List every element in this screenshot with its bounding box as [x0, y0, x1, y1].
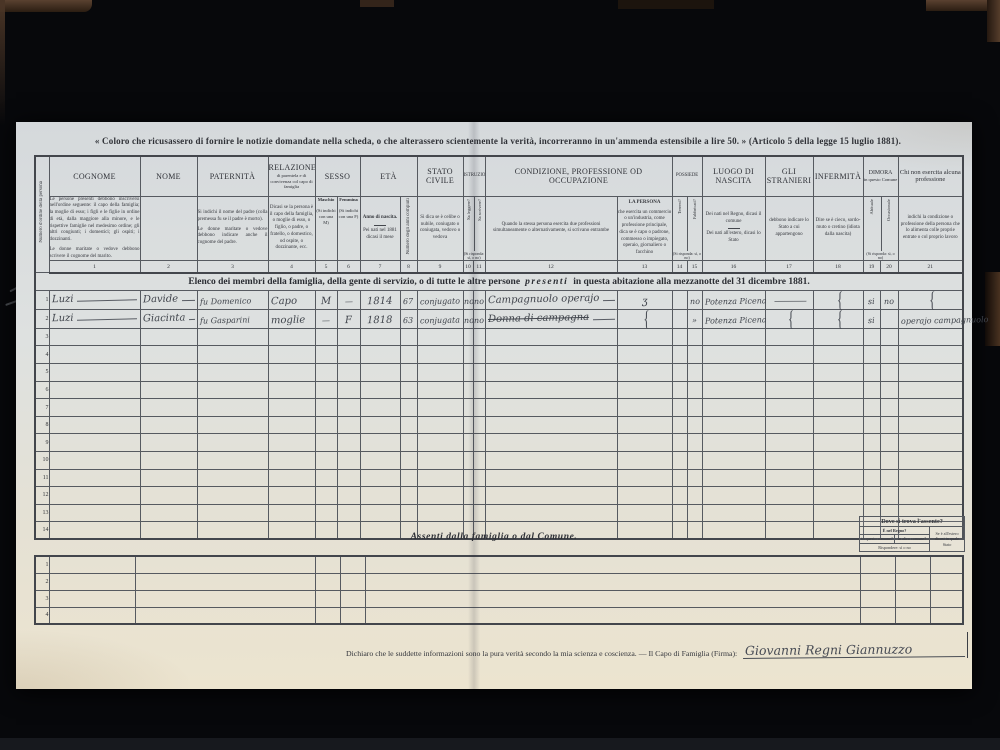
- empty-cell: [197, 328, 268, 346]
- col-header-possiede: POSSIEDE: [672, 156, 702, 196]
- maschio-note: (Si indichi con una M): [316, 208, 335, 224]
- empty-cell: [898, 346, 963, 364]
- col-num-5: 5: [315, 261, 337, 273]
- empty-cell: [813, 381, 863, 399]
- signature-end-stroke: [967, 632, 968, 658]
- handwritten-value: conjugata: [417, 315, 459, 325]
- table-row: 7: [35, 399, 963, 417]
- flourish-line: [593, 319, 615, 321]
- handwritten-value: —: [344, 297, 352, 306]
- cell-paternita: fu Domenico: [197, 290, 268, 309]
- empty-cell: [197, 504, 268, 522]
- empty-cell: [702, 434, 765, 452]
- empty-cell: [315, 364, 337, 382]
- empty-cell: [400, 381, 417, 399]
- empty-cell: [315, 607, 340, 624]
- empty-cell: [898, 416, 963, 434]
- empty-cell: [473, 452, 485, 470]
- empty-cell: [898, 487, 963, 505]
- empty-cell: [49, 573, 135, 590]
- wood-table-corner: [0, 0, 92, 12]
- flourish-line: [182, 300, 195, 301]
- empty-cell: [672, 487, 687, 505]
- empty-cell: [702, 346, 765, 364]
- handwritten-value: 63: [403, 316, 413, 325]
- empty-cell: [672, 328, 687, 346]
- col-note-dimora: Abituale Occasionale (Si risponda: sì, o…: [863, 196, 898, 261]
- col-header-numero-ordine: Numero d'ordine della persona: [35, 156, 49, 273]
- empty-cell: [268, 434, 315, 452]
- col-num-13: 13: [617, 261, 672, 273]
- empty-cell: [617, 487, 672, 505]
- empty-cell: [340, 607, 365, 624]
- wood-table-sliver: [360, 0, 394, 7]
- empty-cell: [860, 607, 895, 624]
- empty-cell: [813, 346, 863, 364]
- handwritten-value: moglie: [268, 314, 304, 326]
- empty-cell: [463, 416, 473, 434]
- table-row: 13: [35, 504, 963, 522]
- empty-cell: [417, 416, 463, 434]
- cell-stranieri: {: [765, 309, 813, 328]
- where-regno: È nel Regno?: [860, 527, 930, 535]
- empty-cell: [400, 434, 417, 452]
- handwritten-value: si: [868, 316, 875, 325]
- empty-cell: [473, 364, 485, 382]
- col-num-19: 19: [863, 261, 880, 273]
- empty-cell: [315, 573, 340, 590]
- cell-dimora-abituale: si: [863, 309, 880, 328]
- empty-cell: [930, 573, 963, 590]
- empty-cell: [485, 364, 617, 382]
- empty-cell: [687, 346, 702, 364]
- handwritten-value: Potenza Picena: [702, 296, 766, 306]
- empty-cell: [863, 381, 880, 399]
- row-number: 4: [35, 346, 49, 364]
- col-num-2: 2: [140, 261, 197, 273]
- col-num-12: 12: [485, 261, 617, 273]
- empty-cell: [49, 381, 140, 399]
- empty-cell: [702, 381, 765, 399]
- col-header-istruzione: ISTRUZIONE: [463, 156, 485, 196]
- col-num-4: 4: [268, 261, 315, 273]
- empty-cell: [400, 346, 417, 364]
- section-title-emph: presenti: [525, 277, 568, 287]
- empty-cell: [672, 452, 687, 470]
- empty-cell: [485, 469, 617, 487]
- row-number: 3: [35, 590, 49, 607]
- col-num-6: 6: [337, 261, 360, 273]
- empty-cell: [337, 328, 360, 346]
- empty-cell: [813, 504, 863, 522]
- empty-cell: [197, 434, 268, 452]
- empty-cell: [360, 399, 400, 417]
- empty-cell: [135, 573, 315, 590]
- empty-cell: [863, 452, 880, 470]
- empty-cell: [417, 346, 463, 364]
- handwritten-value: Campagnuolo operajo: [485, 293, 599, 306]
- empty-cell: [140, 399, 197, 417]
- empty-cell: [463, 504, 473, 522]
- fabbricati-label: Fabbricati?: [692, 199, 697, 219]
- empty-cell: [930, 590, 963, 607]
- empty-cell: [863, 416, 880, 434]
- empty-cell: [880, 381, 898, 399]
- empty-cell: [880, 399, 898, 417]
- cell-relazione: Capo: [268, 290, 315, 309]
- empty-cell: [672, 504, 687, 522]
- empty-cell: [197, 399, 268, 417]
- la-persona-title: LA PERSONA: [618, 200, 672, 207]
- cell-anno-nascita: 1818: [360, 309, 400, 328]
- sa-scrivere-label: Sa scrivere?: [477, 199, 482, 221]
- empty-cell: [135, 590, 315, 607]
- empty-cell: [880, 434, 898, 452]
- empty-cell: [860, 573, 895, 590]
- cell-sesso-m: M: [315, 290, 337, 309]
- empty-cell: [880, 364, 898, 382]
- section-title-post: in questa abitazione alla mezzanotte del…: [573, 277, 810, 287]
- empty-cell: [485, 399, 617, 417]
- empty-cell: [687, 364, 702, 382]
- empty-cell: [895, 590, 930, 607]
- empty-cell: [315, 434, 337, 452]
- cell-fabbricati: no: [687, 290, 702, 309]
- col-num-16: 16: [702, 261, 765, 273]
- divider: [728, 228, 740, 229]
- table-row: 12: [35, 487, 963, 505]
- col-header-stranieri: GLI STRANIERI: [765, 156, 813, 196]
- cell-terreni: [672, 309, 687, 328]
- penalty-notice: « Coloro che ricusassero di fornire le n…: [50, 136, 946, 146]
- col-note-anno-nascita: Anno di nascita.Pei nati nel 1881 dicasi…: [360, 196, 400, 261]
- empty-cell: [268, 416, 315, 434]
- handwritten-value: si: [868, 297, 875, 306]
- empty-cell: [485, 487, 617, 505]
- empty-cell: [49, 399, 140, 417]
- empty-cell: [880, 469, 898, 487]
- empty-cell: [135, 607, 315, 624]
- empty-cell: [140, 469, 197, 487]
- col-header-numero-ordine-label: Numero d'ordine della persona: [39, 181, 45, 243]
- col-note-paternita: Si indichi il nome del padre (colla prem…: [197, 196, 268, 261]
- handwritten-value: F: [345, 315, 352, 326]
- empty-cell: [702, 416, 765, 434]
- empty-cell: [315, 487, 337, 505]
- empty-cell: [365, 590, 860, 607]
- row-number: 10: [35, 452, 49, 470]
- handwritten-value: Davide: [140, 294, 177, 306]
- col-header-chi-non-esercita: Chi non esercita alcuna professione: [898, 156, 963, 196]
- empty-cell: [463, 452, 473, 470]
- empty-cell: [315, 399, 337, 417]
- empty-cell: [417, 434, 463, 452]
- empty-cell: [400, 399, 417, 417]
- empty-cell: [485, 452, 617, 470]
- empty-cell: [49, 328, 140, 346]
- table-row: 8: [35, 416, 963, 434]
- cell-sa-leggere: no: [463, 290, 473, 309]
- table-row: 5: [35, 364, 963, 382]
- empty-cell: [898, 469, 963, 487]
- empty-cell: [49, 556, 135, 573]
- cell-relazione: moglie: [268, 309, 315, 328]
- handwritten-value: 1818: [367, 315, 393, 327]
- empty-cell: [140, 504, 197, 522]
- col-num-21: 21: [898, 261, 963, 273]
- section-title: Elenco dei membri della famiglia, della …: [35, 273, 963, 291]
- empty-cell: [360, 469, 400, 487]
- empty-cell: [473, 469, 485, 487]
- empty-cell: [400, 328, 417, 346]
- anno-note-2: Pei nati nel 1881 dicasi il mese: [361, 228, 400, 242]
- empty-cell: [49, 590, 135, 607]
- empty-cell: [340, 590, 365, 607]
- wood-table-edge: [0, 0, 5, 126]
- empty-cell: [860, 556, 895, 573]
- col-num-3: 3: [197, 261, 268, 273]
- empty-cell: [49, 346, 140, 364]
- empty-cell: [49, 487, 140, 505]
- table-row: 4: [35, 346, 963, 364]
- cell-cognome: Luzi: [49, 290, 140, 309]
- empty-cell: [337, 364, 360, 382]
- empty-cell: [197, 381, 268, 399]
- empty-cell: [463, 487, 473, 505]
- empty-cell: [268, 487, 315, 505]
- empty-cell: [880, 346, 898, 364]
- empty-cell: [687, 452, 702, 470]
- empty-cell: [463, 381, 473, 399]
- col-header-eta: ETÀ: [360, 156, 417, 196]
- handwritten-value: 1814: [367, 296, 393, 308]
- empty-cell: [337, 399, 360, 417]
- handwritten-value: Giacinta: [140, 313, 185, 325]
- cell-terreni: [672, 290, 687, 309]
- empty-cell: [360, 381, 400, 399]
- cell-sesso-m: —: [315, 309, 337, 328]
- empty-cell: [197, 487, 268, 505]
- handwritten-value: Luzi: [49, 313, 73, 324]
- cell-anni-compiuti: 63: [400, 309, 417, 328]
- empty-cell: [268, 399, 315, 417]
- cell-nome: Davide: [140, 290, 197, 309]
- where-questo-comune: in questo comune?: [860, 535, 895, 543]
- table-bottom-edge: [0, 738, 1000, 750]
- empty-cell: [140, 328, 197, 346]
- sa-leggere-label: Sa leggere?: [466, 199, 471, 220]
- empty-cell: [898, 364, 963, 382]
- cell-nome: Giacinta: [140, 309, 197, 328]
- row-number: 8: [35, 416, 49, 434]
- paternita-note-1: Si indichi il nome del padre (colla prem…: [198, 210, 268, 224]
- handwritten-value: operajo campagnuolo: [898, 315, 988, 326]
- flourish-line: [77, 318, 137, 321]
- empty-cell: [702, 364, 765, 382]
- empty-cell: [337, 487, 360, 505]
- cell-sa-leggere: no: [463, 309, 473, 328]
- col-header-infermita: INFERMITÀ: [813, 156, 863, 196]
- col-note-luogo-nascita: Dei nati nel Regno, dicasi il comuneDei …: [702, 196, 765, 261]
- row-number: 4: [35, 607, 49, 624]
- col-note-maschio: Maschio(Si indichi con una M): [315, 196, 337, 261]
- census-table: Numero d'ordine della persona COGNOME NO…: [34, 155, 964, 540]
- dimora-subtitle: in questo Comune: [864, 177, 898, 183]
- handwritten-value: no: [474, 297, 484, 306]
- empty-cell: [485, 434, 617, 452]
- empty-cell: [880, 416, 898, 434]
- empty-cell: [463, 328, 473, 346]
- empty-cell: [315, 556, 340, 573]
- empty-cell: [863, 434, 880, 452]
- cell-dimora-abituale: si: [863, 290, 880, 309]
- cell-la-persona: {: [617, 309, 672, 328]
- empty-cell: [687, 381, 702, 399]
- empty-cell: [140, 452, 197, 470]
- cell-infermita: {: [813, 309, 863, 328]
- empty-cell: [863, 364, 880, 382]
- col-num-7: 7: [360, 261, 400, 273]
- empty-cell: [898, 434, 963, 452]
- col-num-10: 10: [463, 261, 473, 273]
- empty-cell: [765, 399, 813, 417]
- empty-cell: [315, 452, 337, 470]
- empty-cell: [473, 399, 485, 417]
- empty-cell: [140, 364, 197, 382]
- handwritten-brace: {: [639, 305, 649, 332]
- empty-cell: [898, 452, 963, 470]
- cell-anno-nascita: 1814: [360, 290, 400, 309]
- table-row: 9: [35, 434, 963, 452]
- maschio-label: Maschio: [316, 197, 337, 203]
- cell-dimora-occasionale: no: [880, 290, 898, 309]
- empty-cell: [417, 399, 463, 417]
- handwritten-value: conjugato: [417, 296, 459, 306]
- empty-cell: [340, 573, 365, 590]
- table-row: 2 Luzi Giacinta fu Gasparini moglie — F …: [35, 309, 963, 328]
- empty-cell: [268, 452, 315, 470]
- cell-stato-civile: conjugato: [417, 290, 463, 309]
- col-num-9: 9: [417, 261, 463, 273]
- abituale-label: Abituale: [869, 199, 874, 215]
- empty-cell: [485, 416, 617, 434]
- empty-cell: [49, 364, 140, 382]
- la-persona-note: che esercita un commercio o un'industria…: [618, 210, 672, 257]
- empty-cell: [880, 487, 898, 505]
- handwritten-value: no: [689, 297, 699, 306]
- empty-cell: [687, 487, 702, 505]
- empty-cell: [140, 346, 197, 364]
- empty-cell: [400, 504, 417, 522]
- empty-cell: [463, 469, 473, 487]
- absent-row: 1: [35, 556, 963, 573]
- femmina-label: Femmina: [338, 197, 360, 203]
- where-title: Dove si trova l'assente?: [860, 517, 965, 527]
- table-row: 11: [35, 469, 963, 487]
- empty-cell: [485, 346, 617, 364]
- row-number: 2: [35, 309, 49, 328]
- empty-cell: [365, 556, 860, 573]
- empty-cell: [463, 434, 473, 452]
- empty-cell: [687, 434, 702, 452]
- row-number: 1: [35, 556, 49, 573]
- empty-cell: [337, 504, 360, 522]
- empty-cell: [197, 452, 268, 470]
- empty-cell: [337, 381, 360, 399]
- cell-dimora-occasionale: [880, 309, 898, 328]
- empty-cell: [400, 487, 417, 505]
- empty-cell: [417, 504, 463, 522]
- flourish-line: [603, 300, 615, 301]
- empty-cell: [49, 434, 140, 452]
- empty-cell: [672, 399, 687, 417]
- empty-cell: [617, 469, 672, 487]
- empty-cell: [417, 364, 463, 382]
- empty-cell: [315, 416, 337, 434]
- empty-cell: [360, 328, 400, 346]
- empty-cell: [268, 504, 315, 522]
- empty-cell: [417, 469, 463, 487]
- handwritten-value: —: [322, 316, 330, 325]
- empty-cell: [140, 381, 197, 399]
- empty-cell: [473, 416, 485, 434]
- empty-cell: [400, 364, 417, 382]
- luogo-note-1: Dei nati nel Regno, dicasi il comune: [703, 212, 765, 226]
- cell-cognome: Luzi: [49, 309, 140, 328]
- empty-cell: [340, 556, 365, 573]
- cognome-note-2: Le donne maritate o vedove debbono scriv…: [50, 247, 140, 261]
- empty-cell: [473, 381, 485, 399]
- empty-cell: [268, 346, 315, 364]
- row-number: 6: [35, 381, 49, 399]
- divider: [374, 225, 386, 226]
- flourish-line: [189, 319, 195, 320]
- relazione-title: RELAZIONE: [269, 163, 316, 172]
- declaration-text: Dichiaro che le suddette informazioni so…: [346, 649, 737, 658]
- luogo-note-2: Dei nati all'estero, dicasi lo Stato: [703, 231, 765, 245]
- handwritten-value: 67: [403, 297, 413, 306]
- empty-cell: [765, 452, 813, 470]
- cell-chi-non-esercita: {: [898, 290, 963, 309]
- col-header-luogo-nascita: LUOGO DI NASCITA: [702, 156, 765, 196]
- col-note-relazione: Dicasi se la persona è il capo della fam…: [268, 196, 315, 261]
- empty-cell: [360, 434, 400, 452]
- empty-cell: [617, 346, 672, 364]
- empty-cell: [813, 469, 863, 487]
- empty-cell: [315, 328, 337, 346]
- cell-luogo-nascita: Potenza Picena: [702, 290, 765, 309]
- empty-cell: [863, 487, 880, 505]
- handwritten-value: »: [692, 316, 697, 325]
- empty-cell: [687, 504, 702, 522]
- relazione-subtitle: di parentela e di convivenza col capo di…: [269, 173, 315, 190]
- row-number: 11: [35, 469, 49, 487]
- empty-cell: [702, 487, 765, 505]
- col-num-14: 14: [672, 261, 687, 273]
- empty-cell: [930, 556, 963, 573]
- empty-cell: [813, 434, 863, 452]
- absent-where-box: Dove si trova l'assente? È nel Regno?Se …: [859, 516, 965, 552]
- empty-cell: [860, 590, 895, 607]
- handwritten-value: no: [463, 316, 473, 325]
- empty-cell: [473, 328, 485, 346]
- empty-cell: [400, 416, 417, 434]
- empty-cell: [49, 607, 135, 624]
- wood-table-sliver: [618, 0, 714, 9]
- empty-cell: [702, 399, 765, 417]
- col-note-infermita: Dire se è cieco, sordo-muto o cretino (i…: [813, 196, 863, 261]
- empty-cell: [417, 381, 463, 399]
